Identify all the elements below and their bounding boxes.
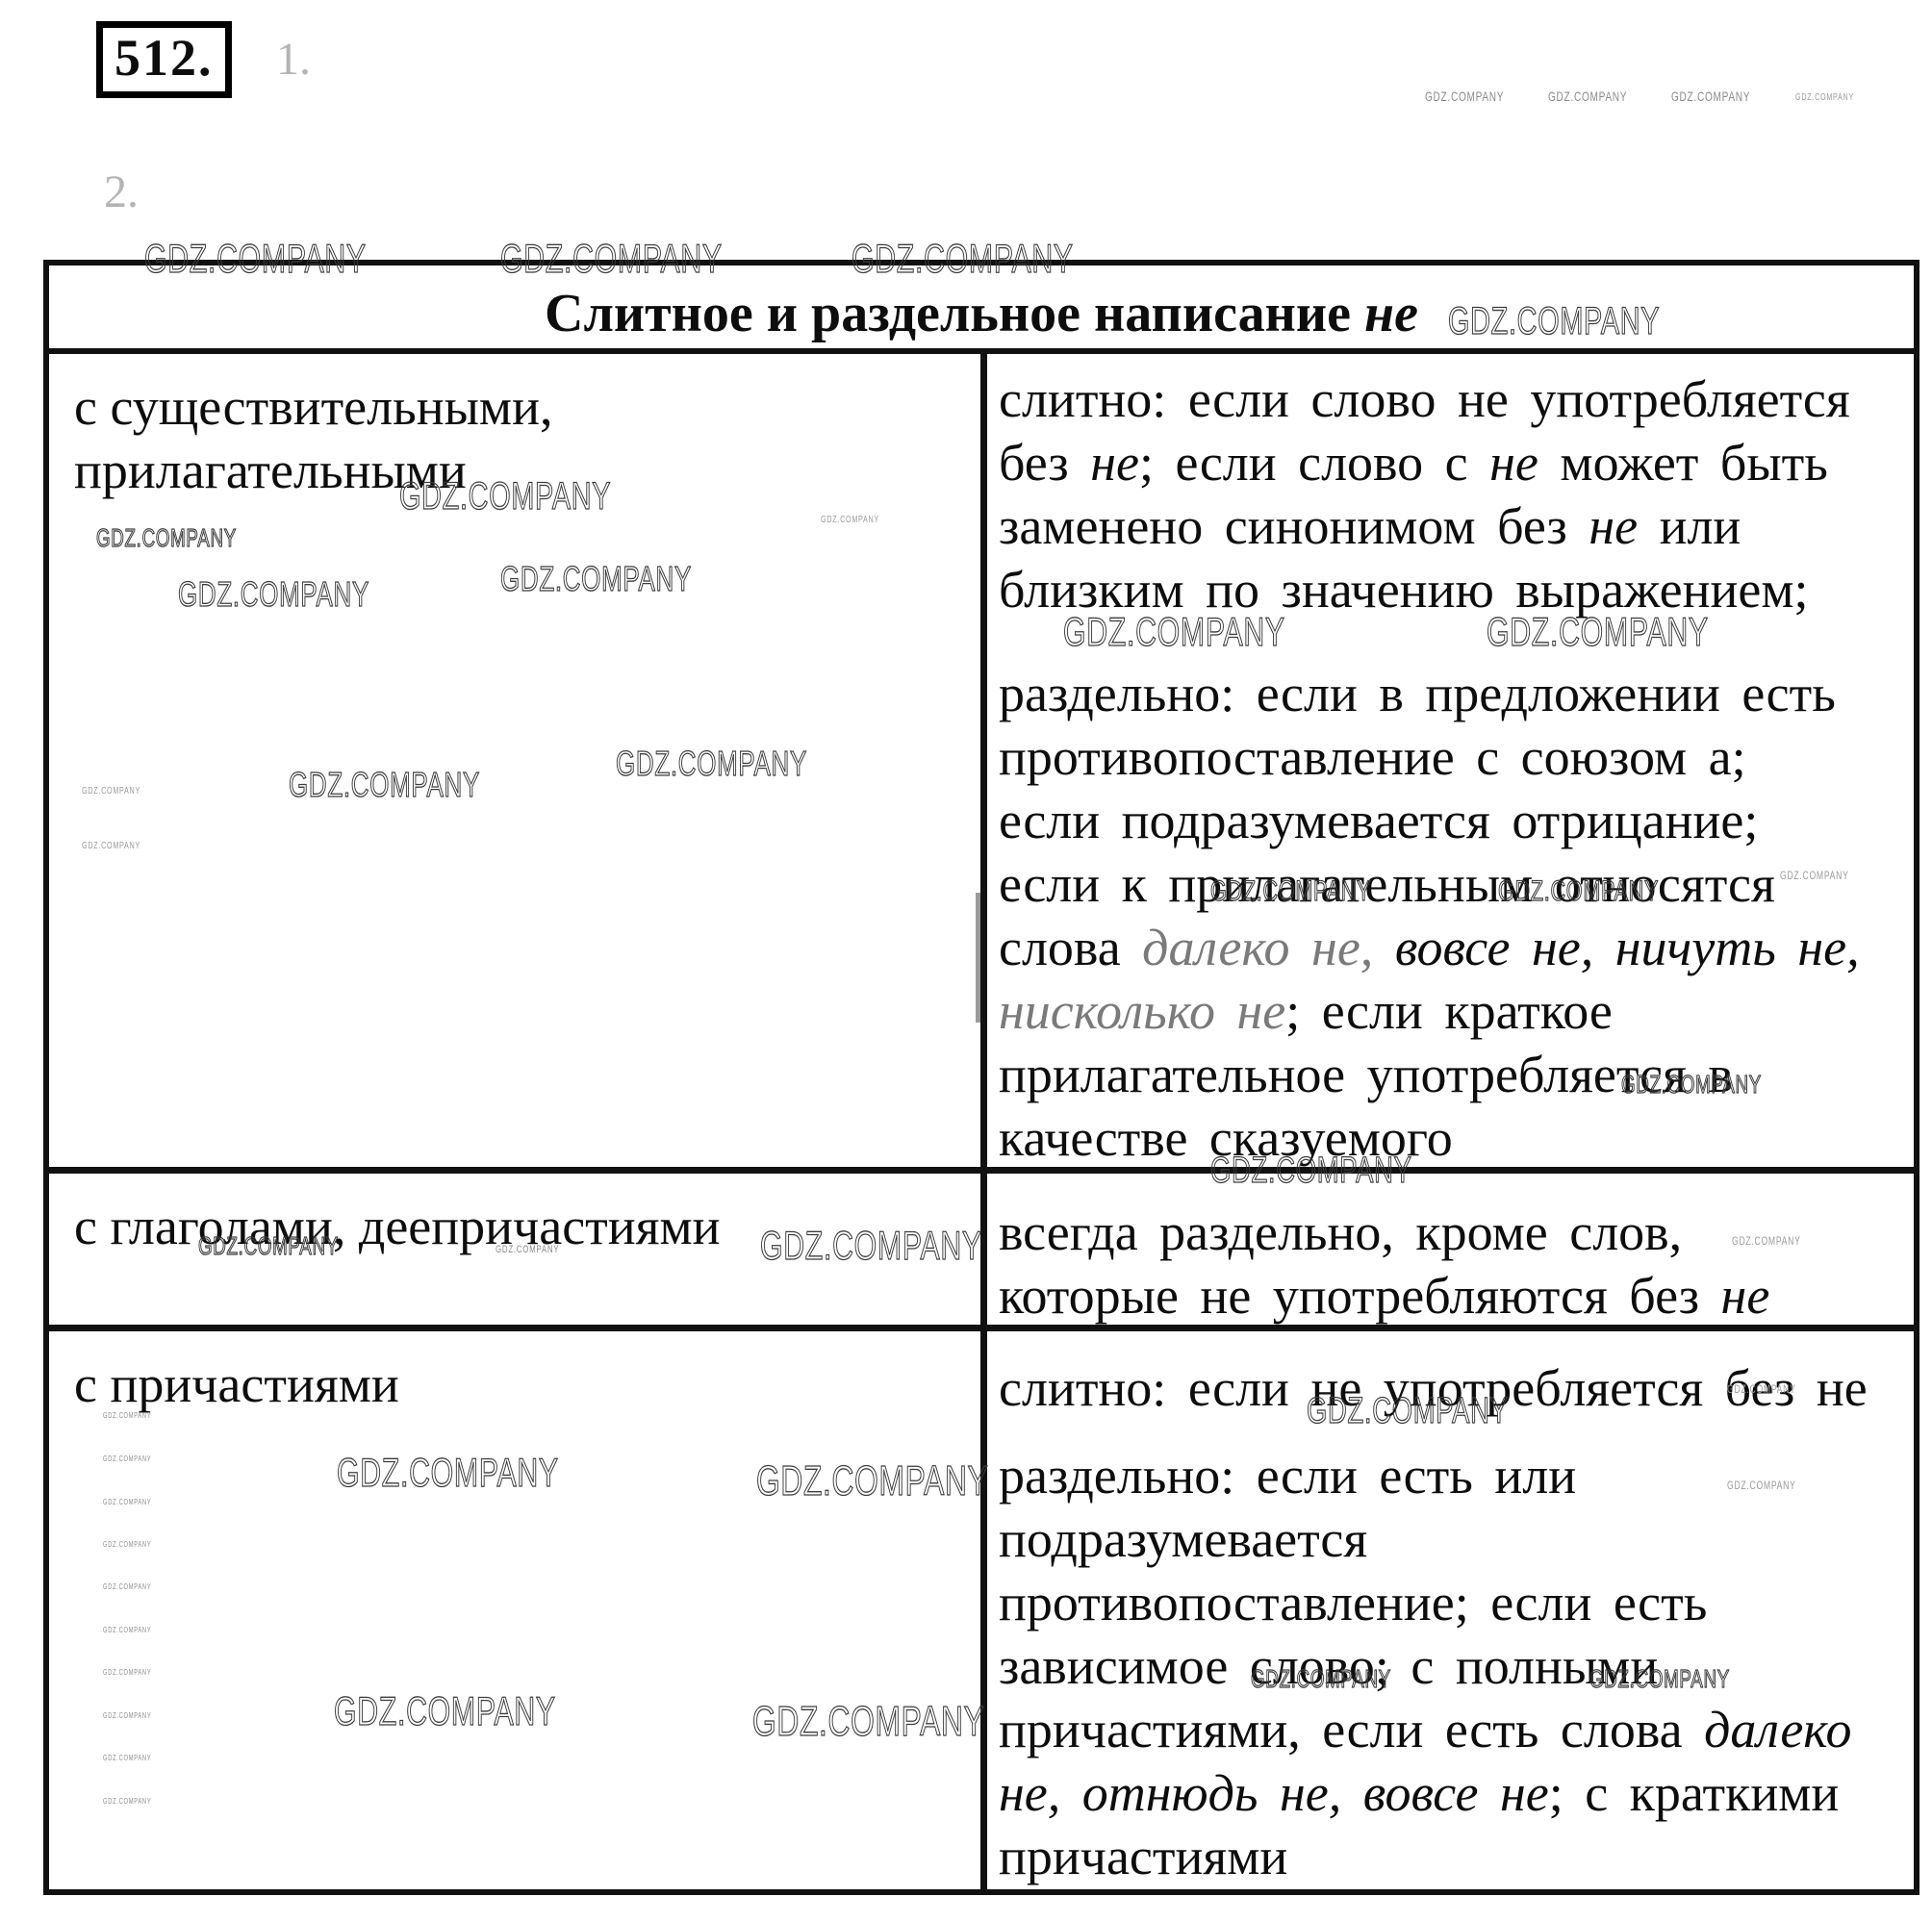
rule-line: заменено синонимом без не или xyxy=(999,494,1906,558)
left-cell-line: прилагательными xyxy=(74,439,961,502)
rule-line: слитно: если не употребляется без не xyxy=(999,1356,1906,1420)
rule-line: подразумевается xyxy=(999,1507,1906,1571)
rule-line: качестве сказуемого xyxy=(999,1106,1906,1170)
text-run: Слитное и раздельное написание xyxy=(545,284,1364,343)
rule-line: зависимое слово; с полными xyxy=(999,1634,1906,1698)
cell-nouns-adjectives-rule: слитно: если слово не употребляетсябез н… xyxy=(987,354,1914,1167)
text-run: не xyxy=(1489,434,1538,492)
rule-paragraph: раздельно: если есть илиподразумеваетсяп… xyxy=(999,1444,1906,1888)
text-run: противопоставление с союзом а; xyxy=(999,728,1746,786)
rule-line: если подразумевается отрицание; xyxy=(999,789,1906,852)
text-run: ; если краткое xyxy=(1285,982,1613,1040)
text-run: если к прилагательным относятся xyxy=(999,855,1775,913)
text-run: близким по значению выражением; xyxy=(999,561,1809,619)
left-cell-line: с причастиями xyxy=(74,1353,961,1416)
text-run: ; если слово с xyxy=(1139,434,1489,492)
text-run: противопоставление; если есть xyxy=(999,1574,1707,1631)
left-cell-line: с существительными, xyxy=(74,375,961,439)
text-run: зависимое слово; с полными xyxy=(999,1637,1658,1695)
rule-line: противопоставление; если есть xyxy=(999,1571,1906,1634)
text-run: заменено синонимом без xyxy=(999,497,1589,555)
page: { "exercise": { "number": "512.", "marke… xyxy=(0,0,1932,1922)
cell-verbs-gerunds-rule: всегда раздельно, кроме слов,которые не … xyxy=(987,1174,1914,1325)
rule-paragraph: раздельно: если в предложении естьпротив… xyxy=(999,662,1906,1170)
list-marker-2: 2. xyxy=(104,165,139,218)
rule-line: если к прилагательным относятся xyxy=(999,852,1906,916)
rule-line: близким по значению выражением; xyxy=(999,558,1906,621)
rule-line: раздельно: если в предложении есть xyxy=(999,662,1906,725)
text-run: ничуть не, xyxy=(1593,919,1859,976)
rule-line: раздельно: если есть или xyxy=(999,1444,1906,1507)
rule-line: всегда раздельно, кроме слов, xyxy=(999,1201,1906,1264)
table-row-nouns-adjectives: с существительными,прилагательными слитн… xyxy=(49,354,1914,1174)
text-run: вовсе не, xyxy=(1373,919,1593,976)
rule-paragraph: слитно: если не употребляется без не xyxy=(999,1356,1906,1420)
text-run: может быть xyxy=(1538,434,1828,492)
text-run: которые не употребляются без xyxy=(999,1267,1721,1325)
text-run: прилагательное употребляется в xyxy=(999,1046,1733,1103)
left-cell-line: с глаголами, деепричастиями xyxy=(74,1195,961,1258)
cell-verbs-gerunds-label: с глаголами, деепричастиями xyxy=(49,1174,987,1325)
rule-line: причастиями, если есть слова далеко xyxy=(999,1698,1906,1761)
text-run: раздельно: если в предложении есть xyxy=(999,665,1836,722)
rule-line: прилагательное употребляется в xyxy=(999,1043,1906,1106)
text-run: качестве сказуемого xyxy=(999,1109,1453,1167)
grammar-table: Слитное и раздельное написание не с суще… xyxy=(43,260,1919,1895)
watermark-text: GDZ.COMPANY xyxy=(1795,93,1854,103)
cell-participles-label: с причастиями xyxy=(49,1331,987,1889)
text-run: всегда раздельно, кроме слов, xyxy=(999,1203,1682,1261)
rule-line: которые не употребляются без не xyxy=(999,1264,1906,1328)
rule-line: не, отнюдь не, вовсе не; с краткими xyxy=(999,1761,1906,1825)
cell-participles-rule: слитно: если не употребляется без неразд… xyxy=(987,1331,1914,1889)
rule-line: причастиями xyxy=(999,1825,1906,1888)
rule-line: слова далеко не, вовсе не, ничуть не, xyxy=(999,916,1906,979)
text-run: не, отнюдь не, вовсе не xyxy=(999,1764,1549,1822)
text-run: причастиями xyxy=(999,1828,1287,1885)
watermark-text: GDZ.COMPANY xyxy=(1671,89,1750,103)
watermark-text: GDZ.COMPANY xyxy=(1548,89,1627,103)
text-run: не xyxy=(1589,497,1638,555)
rule-paragraph: слитно: если слово не употребляетсябез н… xyxy=(999,367,1906,621)
list-marker-1: 1. xyxy=(276,33,311,86)
table-title: Слитное и раздельное написание не xyxy=(49,266,1914,354)
text-run: нисколько не xyxy=(999,982,1285,1040)
watermark-text: GDZ.COMPANY xyxy=(1425,89,1504,103)
text-run: слитно: если слово не употребляется xyxy=(999,370,1850,428)
text-run: без xyxy=(999,434,1090,492)
rule-line: нисколько не; если краткое xyxy=(999,979,1906,1043)
exercise-number: 512. xyxy=(96,21,232,98)
text-run: подразумевается xyxy=(999,1510,1367,1568)
rule-line: противопоставление с союзом а; xyxy=(999,725,1906,789)
text-run: причастиями, если есть слова xyxy=(999,1701,1704,1758)
scan-artifact-line xyxy=(976,893,980,1023)
cell-nouns-adjectives-label: с существительными,прилагательными xyxy=(49,354,987,1167)
rule-paragraph: всегда раздельно, кроме слов,которые не … xyxy=(999,1201,1906,1328)
table-row-verbs-gerunds: с глаголами, деепричастиями всегда разде… xyxy=(49,1174,1914,1331)
text-run: далеко xyxy=(1704,1701,1851,1758)
text-run: раздельно: если есть или xyxy=(999,1447,1576,1505)
rule-line: без не; если слово с не может быть xyxy=(999,431,1906,494)
text-run: слова xyxy=(999,919,1142,976)
text-run: далеко не, xyxy=(1142,919,1373,976)
text-run: не xyxy=(1090,434,1139,492)
text-run: ; с краткими xyxy=(1549,1764,1840,1822)
table-row-participles: с причастиями слитно: если не употребляе… xyxy=(49,1331,1914,1889)
text-run: или xyxy=(1638,497,1741,555)
text-run: если подразумевается отрицание; xyxy=(999,792,1758,849)
rule-line: слитно: если слово не употребляется xyxy=(999,367,1906,431)
text-run: не xyxy=(1364,284,1418,343)
text-run: не xyxy=(1721,1267,1770,1325)
text-run: слитно: если не употребляется без не xyxy=(999,1359,1868,1417)
